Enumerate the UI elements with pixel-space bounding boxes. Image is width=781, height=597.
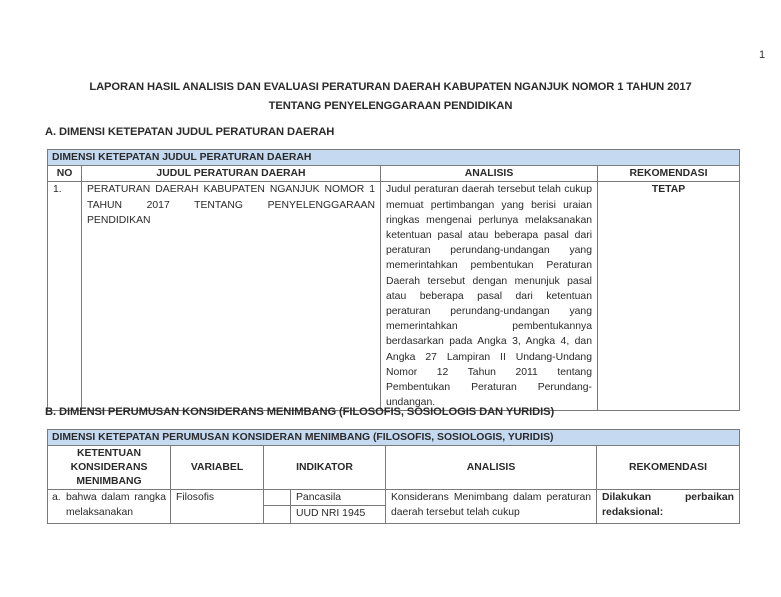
table-band-title: DIMENSI KETEPATAN JUDUL PERATURAN DAERAH <box>48 150 740 166</box>
col-header-rekomendasi: REKOMENDASI <box>597 446 740 490</box>
col-header-analisis: ANALISIS <box>381 166 598 182</box>
section-a-heading: A. DIMENSI KETEPATAN JUDUL PERATURAN DAE… <box>45 126 334 138</box>
cell-indikator-blank <box>264 490 291 506</box>
cell-analisis: Judul peraturan daerah tersebut telah cu… <box>381 182 598 411</box>
col-header-no: NO <box>48 166 82 182</box>
cell-analisis: Konsiderans Menimbang dalam peraturan da… <box>386 490 597 524</box>
ketentuan-marker: a. <box>52 490 66 520</box>
table-row: a. bahwa dalam rangka melaksanakan Filos… <box>48 490 740 506</box>
cell-rekomendasi: TETAP <box>598 182 740 411</box>
table-judul-peraturan: DIMENSI KETEPATAN JUDUL PERATURAN DAERAH… <box>47 149 740 411</box>
cell-rekomendasi: Dilakukan perbaikan redaksional: <box>597 490 740 524</box>
col-header-analisis: ANALISIS <box>386 446 597 490</box>
document-subtitle: TENTANG PENYELENGGARAAN PENDIDIKAN <box>0 100 781 112</box>
cell-indikator-blank <box>264 506 291 524</box>
col-header-judul: JUDUL PERATURAN DAERAH <box>82 166 381 182</box>
table-band-title: DIMENSI KETEPATAN PERUMUSAN KONSIDERAN M… <box>48 430 740 446</box>
table-header-row: NO JUDUL PERATURAN DAERAH ANALISIS REKOM… <box>48 166 740 182</box>
cell-variabel: Filosofis <box>171 490 264 524</box>
ketentuan-text: bahwa dalam rangka melaksanakan <box>66 490 166 520</box>
cell-indikator-pancasila: Pancasila <box>291 490 386 506</box>
page-number: 1 <box>759 49 765 61</box>
cell-ketentuan: a. bahwa dalam rangka melaksanakan <box>48 490 171 524</box>
cell-judul: PERATURAN DAERAH KABUPATEN NGANJUK NOMOR… <box>82 182 381 411</box>
table-header-row: KETENTUAN KONSIDERANS MENIMBANG VARIABEL… <box>48 446 740 490</box>
col-header-rekomendasi: REKOMENDASI <box>598 166 740 182</box>
cell-indikator-uud: UUD NRI 1945 <box>291 506 386 524</box>
table-band-row: DIMENSI KETEPATAN JUDUL PERATURAN DAERAH <box>48 150 740 166</box>
cell-no: 1. <box>48 182 82 411</box>
section-b-heading: B. DIMENSI PERUMUSAN KONSIDERANS MENIMBA… <box>45 406 554 418</box>
table-band-row: DIMENSI KETEPATAN PERUMUSAN KONSIDERAN M… <box>48 430 740 446</box>
col-header-ketentuan: KETENTUAN KONSIDERANS MENIMBANG <box>48 446 171 490</box>
table-row: 1. PERATURAN DAERAH KABUPATEN NGANJUK NO… <box>48 182 740 411</box>
document-title: LAPORAN HASIL ANALISIS DAN EVALUASI PERA… <box>0 81 781 93</box>
col-header-indikator: INDIKATOR <box>264 446 386 490</box>
col-header-variabel: VARIABEL <box>171 446 264 490</box>
table-konsiderans-menimbang: DIMENSI KETEPATAN PERUMUSAN KONSIDERAN M… <box>47 429 740 524</box>
